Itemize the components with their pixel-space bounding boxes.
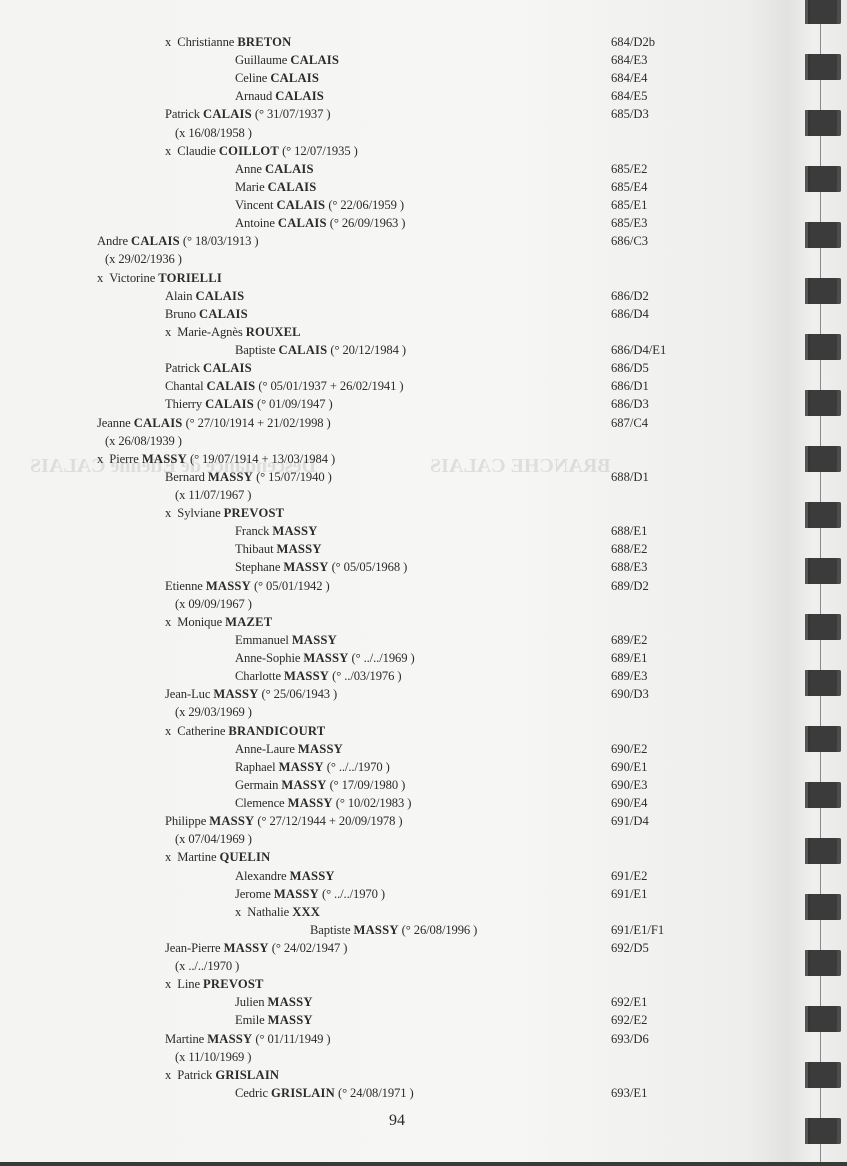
reference-code: 688/E2 (611, 542, 647, 556)
person-entry: Alexandre MASSY (235, 869, 335, 883)
spouse-marker: x (97, 452, 109, 466)
marriage-date: (x 16/08/1958 ) (175, 126, 252, 140)
spouse-marker: x (165, 144, 177, 158)
given-name: Julien (235, 995, 268, 1009)
reference-code: 686/D4/E1 (611, 343, 666, 357)
person-entry: Patrick CALAIS (165, 361, 252, 375)
marriage-date: (x 11/10/1969 ) (175, 1050, 251, 1064)
reference-code: 692/D5 (611, 941, 649, 955)
marriage-text: (x 11/07/1967 ) (175, 488, 251, 502)
person-entry: Julien MASSY (235, 995, 313, 1009)
reference-code: 686/D2 (611, 289, 649, 303)
person-entry: Anne-Laure MASSY (235, 742, 343, 756)
given-name: Anne-Laure (235, 742, 298, 756)
surname: CALAIS (134, 416, 183, 430)
person-entry: Bernard MASSY (° 15/07/1940 ) (165, 470, 332, 484)
life-dates: (° 27/12/1944 + 20/09/1978 ) (254, 814, 402, 828)
reference-code: 684/E3 (611, 53, 647, 67)
surname: MASSY (288, 796, 333, 810)
given-name: Nathalie (247, 905, 292, 919)
given-name: Charlotte (235, 669, 284, 683)
life-dates: (° 01/11/1949 ) (252, 1032, 330, 1046)
person-entry: Martine MASSY (° 01/11/1949 ) (165, 1032, 331, 1046)
given-name: Vincent (235, 198, 276, 212)
binding-ring (807, 1062, 841, 1088)
spouse-marker: x (165, 325, 177, 339)
reference-code: 684/D2b (611, 35, 655, 49)
person-entry: x Patrick GRISLAIN (165, 1068, 279, 1082)
surname: MASSY (268, 1013, 313, 1027)
given-name: Jeanne (97, 416, 134, 430)
reference-code: 684/E4 (611, 71, 647, 85)
reference-code: 689/E3 (611, 669, 647, 683)
reference-code: 688/E1 (611, 524, 647, 538)
surname: CALAIS (196, 289, 245, 303)
person-entry: Arnaud CALAIS (235, 89, 324, 103)
life-dates: (° 20/12/1984 ) (327, 343, 406, 357)
person-entry: Alain CALAIS (165, 289, 244, 303)
given-name: Claudie (177, 144, 219, 158)
reference-code: 690/E3 (611, 778, 647, 792)
surname: MASSY (208, 470, 253, 484)
life-dates: (° 01/09/1947 ) (254, 397, 333, 411)
life-dates: (° 24/02/1947 ) (269, 941, 348, 955)
reference-code: 688/D1 (611, 470, 649, 484)
surname: XXX (292, 905, 320, 919)
person-entry: Thibaut MASSY (235, 542, 322, 556)
reference-code: 691/E1/F1 (611, 923, 664, 937)
given-name: Clemence (235, 796, 288, 810)
reference-code: 688/E3 (611, 560, 647, 574)
spouse-marker: x (165, 506, 177, 520)
surname: MASSY (142, 452, 187, 466)
surname: MASSY (277, 542, 322, 556)
reference-code: 686/D3 (611, 397, 649, 411)
person-entry: x Claudie COILLOT (° 12/07/1935 ) (165, 144, 358, 158)
surname: TORIELLI (158, 271, 222, 285)
binding-ring (807, 446, 841, 472)
given-name: Sylviane (177, 506, 223, 520)
person-entry: Jeanne CALAIS (° 27/10/1914 + 21/02/1998… (97, 416, 331, 430)
surname: CALAIS (207, 379, 256, 393)
person-entry: x Monique MAZET (165, 615, 272, 629)
person-entry: Bruno CALAIS (165, 307, 248, 321)
given-name: Andre (97, 234, 131, 248)
reference-code: 690/D3 (611, 687, 649, 701)
life-dates: (° 19/07/1914 + 13/03/1984 ) (187, 452, 335, 466)
person-entry: Cedric GRISLAIN (° 24/08/1971 ) (235, 1086, 414, 1100)
surname: CALAIS (290, 53, 339, 67)
surname: MASSY (290, 869, 335, 883)
life-dates: (° ../../1970 ) (319, 887, 385, 901)
binding-ring (807, 894, 841, 920)
given-name: Marie (235, 180, 268, 194)
surname: MASSY (279, 760, 324, 774)
person-entry: Vincent CALAIS (° 22/06/1959 ) (235, 198, 404, 212)
person-entry: x Victorine TORIELLI (97, 271, 222, 285)
marriage-text: (x 29/03/1969 ) (175, 705, 252, 719)
reference-code: 687/C4 (611, 416, 648, 430)
reference-code: 690/E4 (611, 796, 647, 810)
given-name: Baptiste (235, 343, 279, 357)
marriage-date: (x 29/02/1936 ) (105, 252, 182, 266)
given-name: Emile (235, 1013, 268, 1027)
person-entry: Baptiste CALAIS (° 20/12/1984 ) (235, 343, 406, 357)
spouse-marker: x (235, 905, 247, 919)
surname: BRETON (237, 35, 291, 49)
reference-code: 692/E1 (611, 995, 647, 1009)
binding-ring (807, 782, 841, 808)
marriage-date: (x 26/08/1939 ) (105, 434, 182, 448)
person-entry: Stephane MASSY (° 05/05/1968 ) (235, 560, 407, 574)
surname: CALAIS (205, 397, 254, 411)
person-entry: Clemence MASSY (° 10/02/1983 ) (235, 796, 411, 810)
surname: MASSY (274, 887, 319, 901)
reference-code: 685/E1 (611, 198, 647, 212)
given-name: Cedric (235, 1086, 271, 1100)
person-entry: Chantal CALAIS (° 05/01/1937 + 26/02/194… (165, 379, 403, 393)
person-entry: Emile MASSY (235, 1013, 313, 1027)
person-entry: Andre CALAIS (° 18/03/1913 ) (97, 234, 258, 248)
surname: CALAIS (270, 71, 319, 85)
given-name: Germain (235, 778, 281, 792)
binding-ring (807, 502, 841, 528)
binding-ring (807, 390, 841, 416)
reference-code: 685/E3 (611, 216, 647, 230)
surname: CALAIS (275, 89, 324, 103)
life-dates: (° 10/02/1983 ) (333, 796, 412, 810)
person-entry: Jerome MASSY (° ../../1970 ) (235, 887, 385, 901)
surname: PREVOST (224, 506, 285, 520)
life-dates: (° 05/01/1942 ) (251, 579, 330, 593)
given-name: Jean-Luc (165, 687, 213, 701)
reference-code: 686/D5 (611, 361, 649, 375)
life-dates: (° ../../1970 ) (324, 760, 390, 774)
person-entry: Charlotte MASSY (° ../03/1976 ) (235, 669, 401, 683)
surname: MASSY (298, 742, 343, 756)
binding-ring (807, 0, 841, 24)
reference-code: 686/C3 (611, 234, 648, 248)
life-dates: (° 18/03/1913 ) (180, 234, 259, 248)
spiral-binding (806, 0, 847, 1162)
person-entry: Celine CALAIS (235, 71, 319, 85)
surname: CALAIS (203, 361, 252, 375)
binding-ring (807, 726, 841, 752)
spouse-marker: x (165, 850, 177, 864)
life-dates: (° 15/07/1940 ) (253, 470, 332, 484)
surname: MASSY (209, 814, 254, 828)
binding-ring (807, 166, 841, 192)
life-dates: (° 17/09/1980 ) (327, 778, 406, 792)
given-name: Patrick (165, 361, 203, 375)
reference-code: 693/D6 (611, 1032, 649, 1046)
marriage-text: (x 09/09/1967 ) (175, 597, 252, 611)
person-entry: x Nathalie XXX (235, 905, 320, 919)
bleed-through-heading-right: BRANCHE CALAIS (430, 455, 611, 478)
surname: GRISLAIN (271, 1086, 335, 1100)
reference-code: 689/D2 (611, 579, 649, 593)
person-entry: Franck MASSY (235, 524, 318, 538)
spouse-marker: x (165, 977, 177, 991)
surname: CALAIS (268, 180, 317, 194)
given-name: Antoine (235, 216, 278, 230)
binding-ring (807, 54, 841, 80)
spouse-marker: x (97, 271, 109, 285)
life-dates: (° ../03/1976 ) (329, 669, 401, 683)
given-name: Guillaume (235, 53, 290, 67)
given-name: Monique (177, 615, 225, 629)
surname: MASSY (206, 579, 251, 593)
given-name: Catherine (177, 724, 228, 738)
marriage-text: (x 29/02/1936 ) (105, 252, 182, 266)
spouse-marker: x (165, 724, 177, 738)
reference-code: 693/E1 (611, 1086, 647, 1100)
reference-code: 689/E1 (611, 651, 647, 665)
binding-ring (807, 838, 841, 864)
spouse-marker: x (165, 35, 177, 49)
surname: MASSY (281, 778, 326, 792)
surname: MASSY (224, 941, 269, 955)
person-entry: x Pierre MASSY (° 19/07/1914 + 13/03/198… (97, 452, 335, 466)
surname: GRISLAIN (215, 1068, 279, 1082)
given-name: Anne (235, 162, 265, 176)
person-entry: Marie CALAIS (235, 180, 316, 194)
given-name: Franck (235, 524, 272, 538)
person-entry: Baptiste MASSY (° 26/08/1996 ) (310, 923, 477, 937)
given-name: Raphael (235, 760, 279, 774)
surname: CALAIS (199, 307, 248, 321)
given-name: Jean-Pierre (165, 941, 224, 955)
surname: CALAIS (279, 343, 328, 357)
given-name: Line (177, 977, 203, 991)
given-name: Emmanuel (235, 633, 292, 647)
scanned-page: Descendance de Etienne CALAIS BRANCHE CA… (0, 0, 847, 1166)
given-name: Stephane (235, 560, 283, 574)
life-dates: (° 27/10/1914 + 21/02/1998 ) (183, 416, 331, 430)
surname: CALAIS (131, 234, 180, 248)
binding-ring (807, 614, 841, 640)
reference-code: 689/E2 (611, 633, 647, 647)
person-entry: Jean-Pierre MASSY (° 24/02/1947 ) (165, 941, 347, 955)
person-entry: Thierry CALAIS (° 01/09/1947 ) (165, 397, 333, 411)
page-number: 94 (389, 1112, 405, 1130)
surname: CALAIS (203, 107, 252, 121)
given-name: Thibaut (235, 542, 277, 556)
reference-code: 685/E2 (611, 162, 647, 176)
person-entry: Anne CALAIS (235, 162, 314, 176)
person-entry: x Sylviane PREVOST (165, 506, 284, 520)
person-entry: x Catherine BRANDICOURT (165, 724, 325, 738)
surname: MASSY (283, 560, 328, 574)
person-entry: Jean-Luc MASSY (° 25/06/1943 ) (165, 687, 337, 701)
life-dates: (° 05/05/1968 ) (329, 560, 408, 574)
binding-ring (807, 670, 841, 696)
reference-code: 691/D4 (611, 814, 649, 828)
given-name: Marie-Agnès (177, 325, 245, 339)
surname: MASSY (303, 651, 348, 665)
marriage-date: (x 29/03/1969 ) (175, 705, 252, 719)
surname: CALAIS (265, 162, 314, 176)
person-entry: Antoine CALAIS (° 26/09/1963 ) (235, 216, 405, 230)
person-entry: Raphael MASSY (° ../../1970 ) (235, 760, 390, 774)
life-dates: (° 24/08/1971 ) (335, 1086, 414, 1100)
marriage-date: (x 09/09/1967 ) (175, 597, 252, 611)
life-dates: (° 26/08/1996 ) (399, 923, 478, 937)
given-name: Martine (165, 1032, 207, 1046)
reference-code: 685/D3 (611, 107, 649, 121)
reference-code: 690/E1 (611, 760, 647, 774)
given-name: Victorine (109, 271, 158, 285)
given-name: Etienne (165, 579, 206, 593)
reference-code: 692/E2 (611, 1013, 647, 1027)
given-name: Bernard (165, 470, 208, 484)
given-name: Bruno (165, 307, 199, 321)
spouse-marker: x (165, 1068, 177, 1082)
surname: ROUXEL (246, 325, 301, 339)
given-name: Philippe (165, 814, 209, 828)
marriage-text: (x 16/08/1958 ) (175, 126, 252, 140)
given-name: Pierre (109, 452, 142, 466)
given-name: Patrick (177, 1068, 215, 1082)
binding-ring (807, 1006, 841, 1032)
binding-ring (807, 1118, 841, 1144)
spouse-marker: x (165, 615, 177, 629)
life-dates: (° 31/07/1937 ) (252, 107, 331, 121)
marriage-date: (x 11/07/1967 ) (175, 488, 251, 502)
given-name: Arnaud (235, 89, 275, 103)
given-name: Alexandre (235, 869, 290, 883)
page-bottom-edge (0, 1162, 847, 1166)
binding-ring (807, 558, 841, 584)
binding-ring (807, 278, 841, 304)
given-name: Patrick (165, 107, 203, 121)
given-name: Baptiste (310, 923, 354, 937)
given-name: Martine (177, 850, 219, 864)
reference-code: 685/E4 (611, 180, 647, 194)
person-entry: Guillaume CALAIS (235, 53, 339, 67)
reference-code: 691/E1 (611, 887, 647, 901)
binding-ring (807, 950, 841, 976)
life-dates: (° 22/06/1959 ) (325, 198, 404, 212)
given-name: Thierry (165, 397, 205, 411)
surname: MASSY (213, 687, 258, 701)
surname: COILLOT (219, 144, 279, 158)
person-entry: Etienne MASSY (° 05/01/1942 ) (165, 579, 330, 593)
person-entry: x Martine QUELIN (165, 850, 270, 864)
person-entry: Emmanuel MASSY (235, 633, 337, 647)
given-name: Christianne (177, 35, 237, 49)
surname: MASSY (272, 524, 317, 538)
marriage-text: (x 11/10/1969 ) (175, 1050, 251, 1064)
marriage-text: (x 26/08/1939 ) (105, 434, 182, 448)
given-name: Anne-Sophie (235, 651, 303, 665)
life-dates: (° 25/06/1943 ) (259, 687, 338, 701)
surname: MASSY (207, 1032, 252, 1046)
surname: MASSY (284, 669, 329, 683)
given-name: Chantal (165, 379, 207, 393)
surname: BRANDICOURT (228, 724, 325, 738)
binding-ring (807, 110, 841, 136)
given-name: Celine (235, 71, 270, 85)
surname: PREVOST (203, 977, 264, 991)
reference-code: 684/E5 (611, 89, 647, 103)
given-name: Jerome (235, 887, 274, 901)
reference-code: 686/D4 (611, 307, 649, 321)
person-entry: Germain MASSY (° 17/09/1980 ) (235, 778, 405, 792)
person-entry: Anne-Sophie MASSY (° ../../1969 ) (235, 651, 415, 665)
binding-ring (807, 334, 841, 360)
person-entry: x Line PREVOST (165, 977, 264, 991)
marriage-text: (x ../../1970 ) (175, 959, 239, 973)
surname: MASSY (354, 923, 399, 937)
surname: QUELIN (220, 850, 271, 864)
person-entry: x Christianne BRETON (165, 35, 291, 49)
reference-code: 690/E2 (611, 742, 647, 756)
surname: MASSY (292, 633, 337, 647)
life-dates: (° 26/09/1963 ) (327, 216, 406, 230)
person-entry: Patrick CALAIS (° 31/07/1937 ) (165, 107, 330, 121)
marriage-date: (x ../../1970 ) (175, 959, 239, 973)
surname: MASSY (268, 995, 313, 1009)
life-dates: (° 12/07/1935 ) (279, 144, 358, 158)
reference-code: 686/D1 (611, 379, 649, 393)
marriage-date: (x 07/04/1969 ) (175, 832, 252, 846)
given-name: Alain (165, 289, 196, 303)
binding-ring (807, 222, 841, 248)
surname: MAZET (225, 615, 272, 629)
marriage-text: (x 07/04/1969 ) (175, 832, 252, 846)
life-dates: (° ../../1969 ) (349, 651, 415, 665)
surname: CALAIS (278, 216, 327, 230)
life-dates: (° 05/01/1937 + 26/02/1941 ) (255, 379, 403, 393)
person-entry: Philippe MASSY (° 27/12/1944 + 20/09/197… (165, 814, 402, 828)
person-entry: x Marie-Agnès ROUXEL (165, 325, 301, 339)
reference-code: 691/E2 (611, 869, 647, 883)
surname: CALAIS (276, 198, 325, 212)
